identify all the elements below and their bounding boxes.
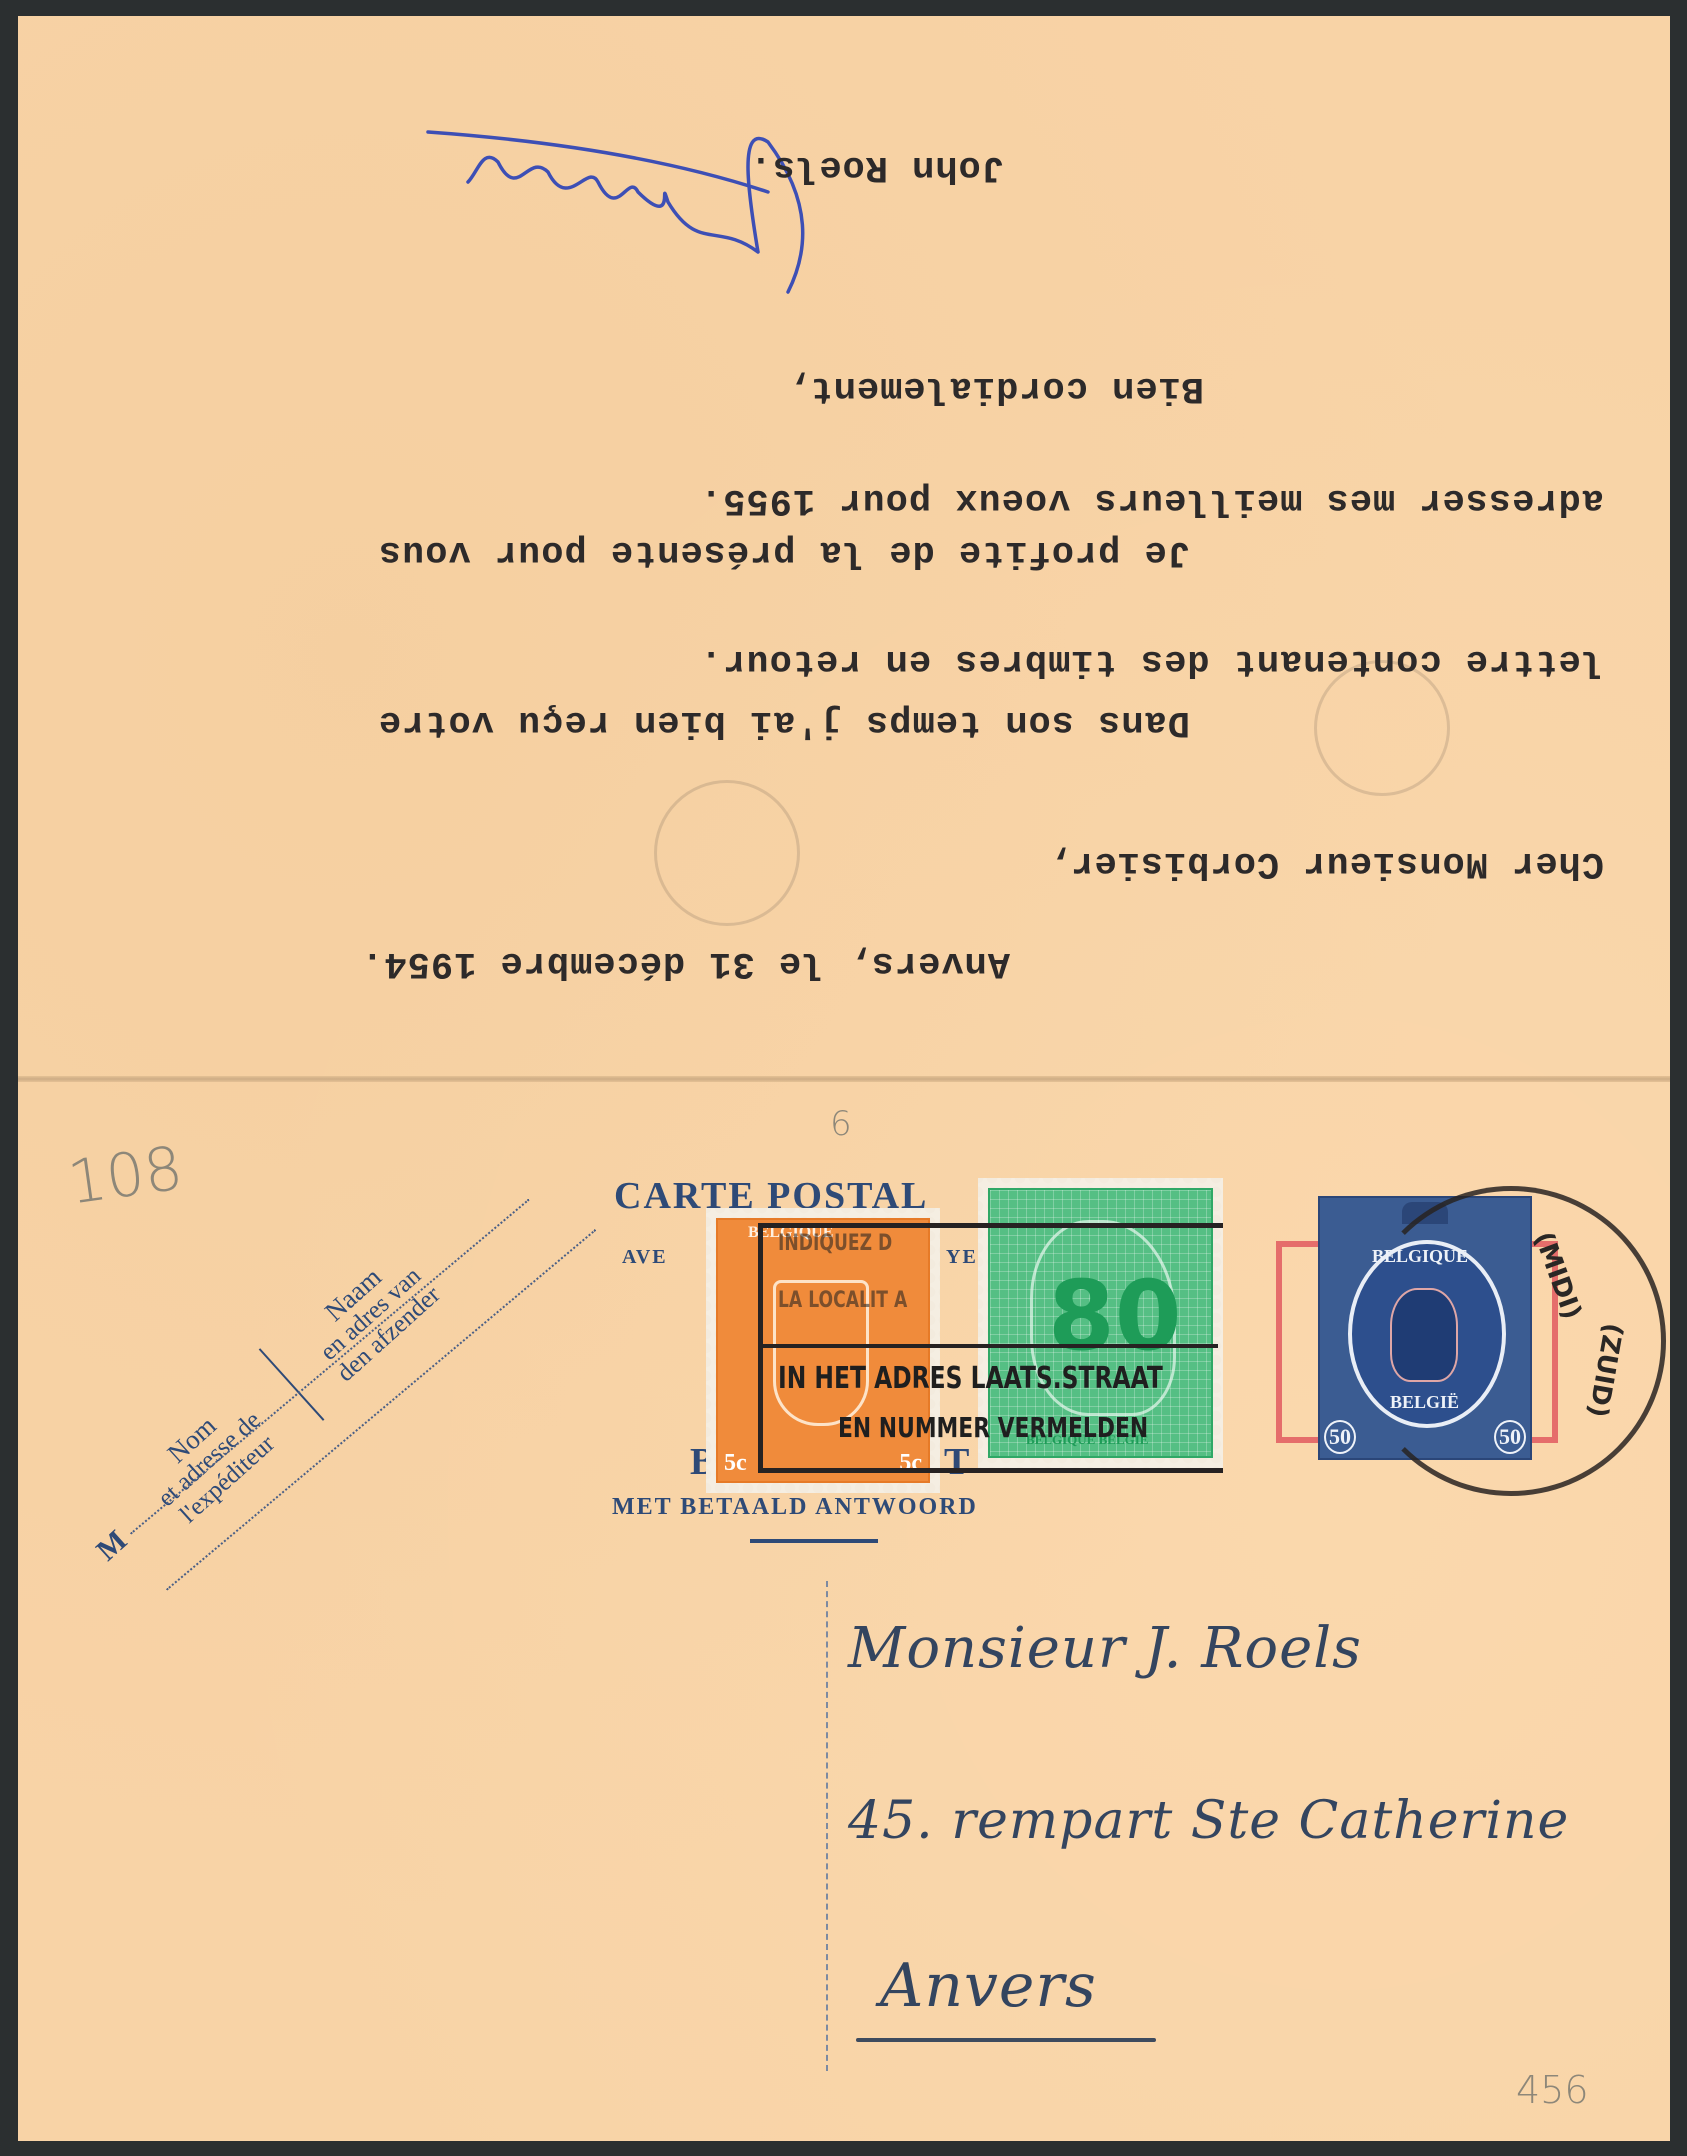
- sender-dotted-line-1: [130, 1199, 530, 1535]
- recipient-city: Anvers: [880, 1951, 1097, 2021]
- stamp-value-left: 5c: [724, 1450, 747, 1477]
- cancel-line-2: LA LOCALIT A: [778, 1288, 907, 1313]
- sender-address-block: Nom et adresse de l'expéditeur Naam en a…: [68, 1141, 518, 1581]
- sender-label-nl: Naam en adres van den afzender: [273, 1220, 468, 1407]
- card-subtitle-left: AVE: [622, 1246, 668, 1269]
- cancel-line-3: IN HET ADRES LAATS.STRAAT: [778, 1361, 1163, 1396]
- sender-prefix-m: M: [90, 1524, 134, 1568]
- letter-closing: Bien cordialement,: [786, 367, 1204, 409]
- letter-paragraph-2-line-1: Je profite de la présente pour vous: [378, 531, 1190, 573]
- address-divider: [826, 1581, 828, 2071]
- postal-card: Anvers, le 31 décembre 1954. Cher Monsie…: [18, 16, 1670, 2141]
- letter-paragraph-2-line-2: adresser mes meilleurs voeux pour 1955.: [699, 479, 1604, 521]
- fold-crease: [18, 1076, 1670, 1082]
- recipient-street: 45. rempart Ste Catherine: [848, 1791, 1569, 1851]
- cancel-line-4: EN NUMMER VERMELDEN: [838, 1411, 1148, 1444]
- typed-signature-name: John Roels.: [749, 146, 1004, 188]
- message-panel: Anvers, le 31 décembre 1954. Cher Monsie…: [18, 16, 1670, 1076]
- ghost-postmark: [654, 780, 800, 926]
- letter-salutation: Cher Monsieur Corbisier,: [1047, 842, 1604, 884]
- title-underline: [750, 1539, 878, 1543]
- pencil-number-center: 6: [830, 1104, 852, 1144]
- cancel-line-1: INDIQUEZ D: [778, 1231, 892, 1256]
- pencil-number-bottom-right: 456: [1516, 2068, 1589, 2112]
- letter-paragraph-1-line-1: Dans son temps j'ai bien reçu votre: [378, 701, 1190, 743]
- recipient-name: Monsieur J. Roels: [848, 1616, 1362, 1681]
- card-reply-label: MET BETAALD ANTWOORD: [612, 1494, 978, 1521]
- letter-paragraph-1-line-2: lettre contenant des timbres en retour.: [699, 640, 1604, 682]
- cancel-rule: [758, 1344, 1218, 1348]
- indicia-value-left: 50: [1324, 1420, 1356, 1454]
- letter-date: Anvers, le 31 décembre 1954.: [360, 942, 1010, 984]
- city-underline: [856, 2038, 1156, 2042]
